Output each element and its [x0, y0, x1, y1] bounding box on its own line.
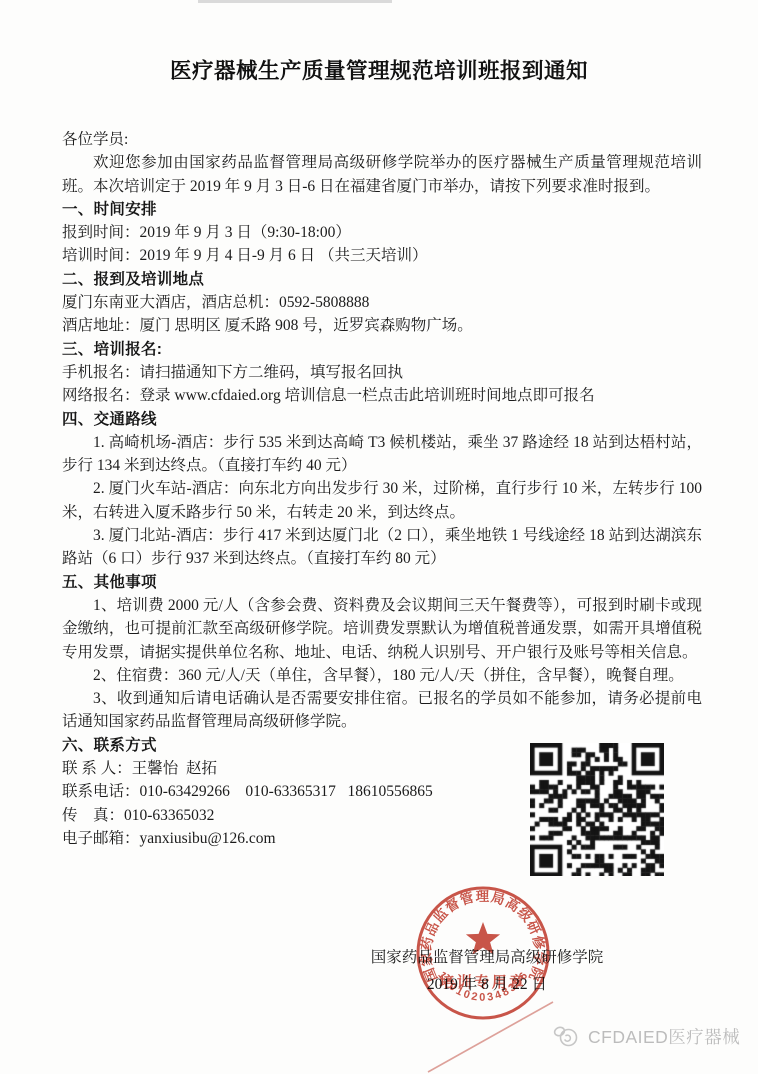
section-heading-other: 五、其他事项: [62, 571, 702, 594]
training-fee-item: 1、培训费 2000 元/人（含参会费、资料费及会议期间三天午餐费等），可报到时…: [62, 594, 702, 664]
hotel-name-phone-line: 厦门东南亚大酒店，酒店总机：0592-5808888: [62, 291, 702, 314]
route-railway-station-item: 2. 厦门火车站-酒店：向东北方向出发步行 30 米，过阶梯，直行步行 10 米…: [62, 477, 702, 524]
cfdaied-logo-icon: [551, 1022, 581, 1050]
section-heading-signup: 三、培训报名:: [62, 338, 702, 361]
intro-paragraph: 欢迎您参加由国家药品监督管理局高级研修学院举办的医疗器械生产质量管理规范培训班。…: [62, 151, 702, 198]
registration-qr-code: [530, 743, 664, 876]
registration-time-line: 报到时间：2019 年 9 月 3 日（9:30-18:00）: [62, 221, 702, 244]
section-time-schedule: 一、时间安排 报到时间：2019 年 9 月 3 日（9:30-18:00） 培…: [62, 198, 702, 268]
section-location: 二、报到及培训地点 厦门东南亚大酒店，酒店总机：0592-5808888 酒店地…: [62, 268, 702, 338]
notice-document-page: 医疗器械生产质量管理规范培训班报到通知 各位学员: 欢迎您参加由国家药品监督管理…: [0, 0, 758, 1074]
section-heading-time: 一、时间安排: [62, 198, 702, 221]
section-routes: 四、交通路线 1. 高崎机场-酒店：步行 535 米到达高崎 T3 候机楼站，乘…: [62, 408, 702, 571]
watermark-text: CFDAIED医疗器械: [588, 1024, 740, 1049]
salutation: 各位学员:: [62, 128, 702, 151]
route-north-station-item: 3. 厦门北站-酒店：步行 417 米到达厦门北（2 口），乘坐地铁 1 号线途…: [62, 524, 702, 571]
section-other-matters: 五、其他事项 1、培训费 2000 元/人（含参会费、资料费及会议期间三天午餐费…: [62, 571, 702, 734]
document-title: 医疗器械生产质量管理规范培训班报到通知: [0, 54, 758, 85]
accommodation-fee-item: 2、住宿费：360 元/人/天（单住，含早餐），180 元/人/天（拼住，含早餐…: [62, 664, 702, 687]
document-body: 各位学员: 欢迎您参加由国家药品监督管理局高级研修学院举办的医疗器械生产质量管理…: [62, 128, 702, 850]
section-heading-routes: 四、交通路线: [62, 408, 702, 431]
mobile-signup-line: 手机报名：请扫描通知下方二维码，填写报名回执: [62, 361, 702, 384]
web-signup-line: 网络报名：登录 www.cfdaied.org 培训信息一栏点击此培训班时间地点…: [62, 384, 702, 407]
section-heading-location: 二、报到及培训地点: [62, 268, 702, 291]
top-edge-artifact: [198, 0, 392, 3]
official-seal: 国家药品监督管理局高级研修学院 培训专用章 1101020348356: [413, 883, 553, 1023]
route-airport-item: 1. 高崎机场-酒店：步行 535 米到达高崎 T3 候机楼站，乘坐 37 路途…: [62, 431, 702, 478]
training-time-line: 培训时间：2019 年 9 月 4 日-9 月 6 日 （共三天培训）: [62, 244, 702, 267]
star-icon: [466, 922, 500, 955]
hotel-address-line: 酒店地址：厦门 思明区 厦禾路 908 号，近罗宾森购物广场。: [62, 314, 702, 337]
section-signup: 三、培训报名: 手机报名：请扫描通知下方二维码，填写报名回执 网络报名：登录 w…: [62, 338, 702, 408]
confirmation-item: 3、收到通知后请电话确认是否需要安排住宿。已报名的学员如不能参加，请务必提前电话…: [62, 687, 702, 734]
watermark-footer: CFDAIED医疗器械: [551, 1022, 740, 1050]
